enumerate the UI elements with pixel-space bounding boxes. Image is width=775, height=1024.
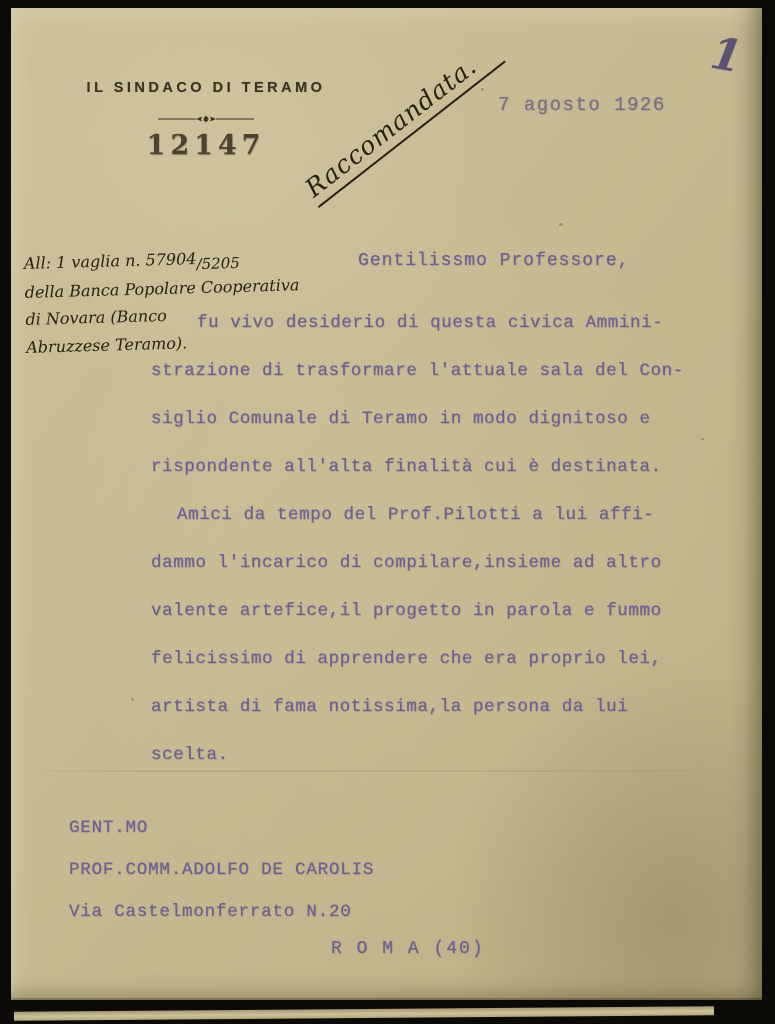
letterhead-ornament-icon xyxy=(156,112,256,130)
body-paragraph-1: fu vivo desiderio di questa civica Ammin… xyxy=(151,299,684,491)
paper-speck xyxy=(701,438,704,440)
recipient-block: GENT.MO PROF.COMM.ADOLFO DE CAROLIS Via … xyxy=(69,807,374,933)
raccomandata-annotation: Raccomandata. xyxy=(298,35,506,208)
date-line: 7 agosto 1926 xyxy=(498,94,666,116)
paper-speck xyxy=(131,698,134,701)
body-line: siglio Comunale di Teramo in modo dignit… xyxy=(151,395,684,443)
underlying-sheet-edge xyxy=(14,1006,714,1020)
recipient-honorific: GENT.MO xyxy=(69,807,374,849)
body-line: valente artefice,il progetto in parola e… xyxy=(151,587,662,635)
recipient-street: Via Castelmonferrato N.20 xyxy=(69,891,374,933)
protocol-number-stamp: 12147 xyxy=(139,130,273,161)
letter-paper: IL SINDACO DI TERAMO 12147 7 agosto 1926… xyxy=(11,8,762,1000)
recipient-city: R O M A (40) xyxy=(331,939,485,959)
handwritten-page-number: 1 xyxy=(707,28,746,84)
body-line: artista di fama notissima,la persona da … xyxy=(151,683,662,731)
scanned-letter-page: { "letterhead": { "sender": "IL SINDACO … xyxy=(0,0,775,1024)
body-line: rispondente all'alta finalità cui è dest… xyxy=(151,443,684,491)
margin-note-vaglia-denominator: /5205 xyxy=(196,254,240,273)
letterhead-sender: IL SINDACO DI TERAMO xyxy=(69,80,343,96)
recipient-name: PROF.COMM.ADOLFO DE CAROLIS xyxy=(69,849,374,891)
body-line: dammo l'incarico di compilare,insieme ad… xyxy=(151,539,662,587)
body-line: felicissimo di apprendere che era propri… xyxy=(151,635,662,683)
margin-note-vaglia: All: 1 vaglia n. 57904 xyxy=(24,249,197,273)
paper-crease xyxy=(11,770,762,772)
paper-speck xyxy=(481,88,484,91)
body-line: Amici da tempo del Prof.Pilotti a lui af… xyxy=(151,491,662,539)
body-line: strazione di trasformare l'attuale sala … xyxy=(151,347,684,395)
body-paragraph-2: Amici da tempo del Prof.Pilotti a lui af… xyxy=(151,491,662,779)
body-line: fu vivo desiderio di questa civica Ammin… xyxy=(151,299,684,347)
paper-speck xyxy=(559,223,563,226)
salutation: Gentilissmo Professore, xyxy=(358,251,629,271)
